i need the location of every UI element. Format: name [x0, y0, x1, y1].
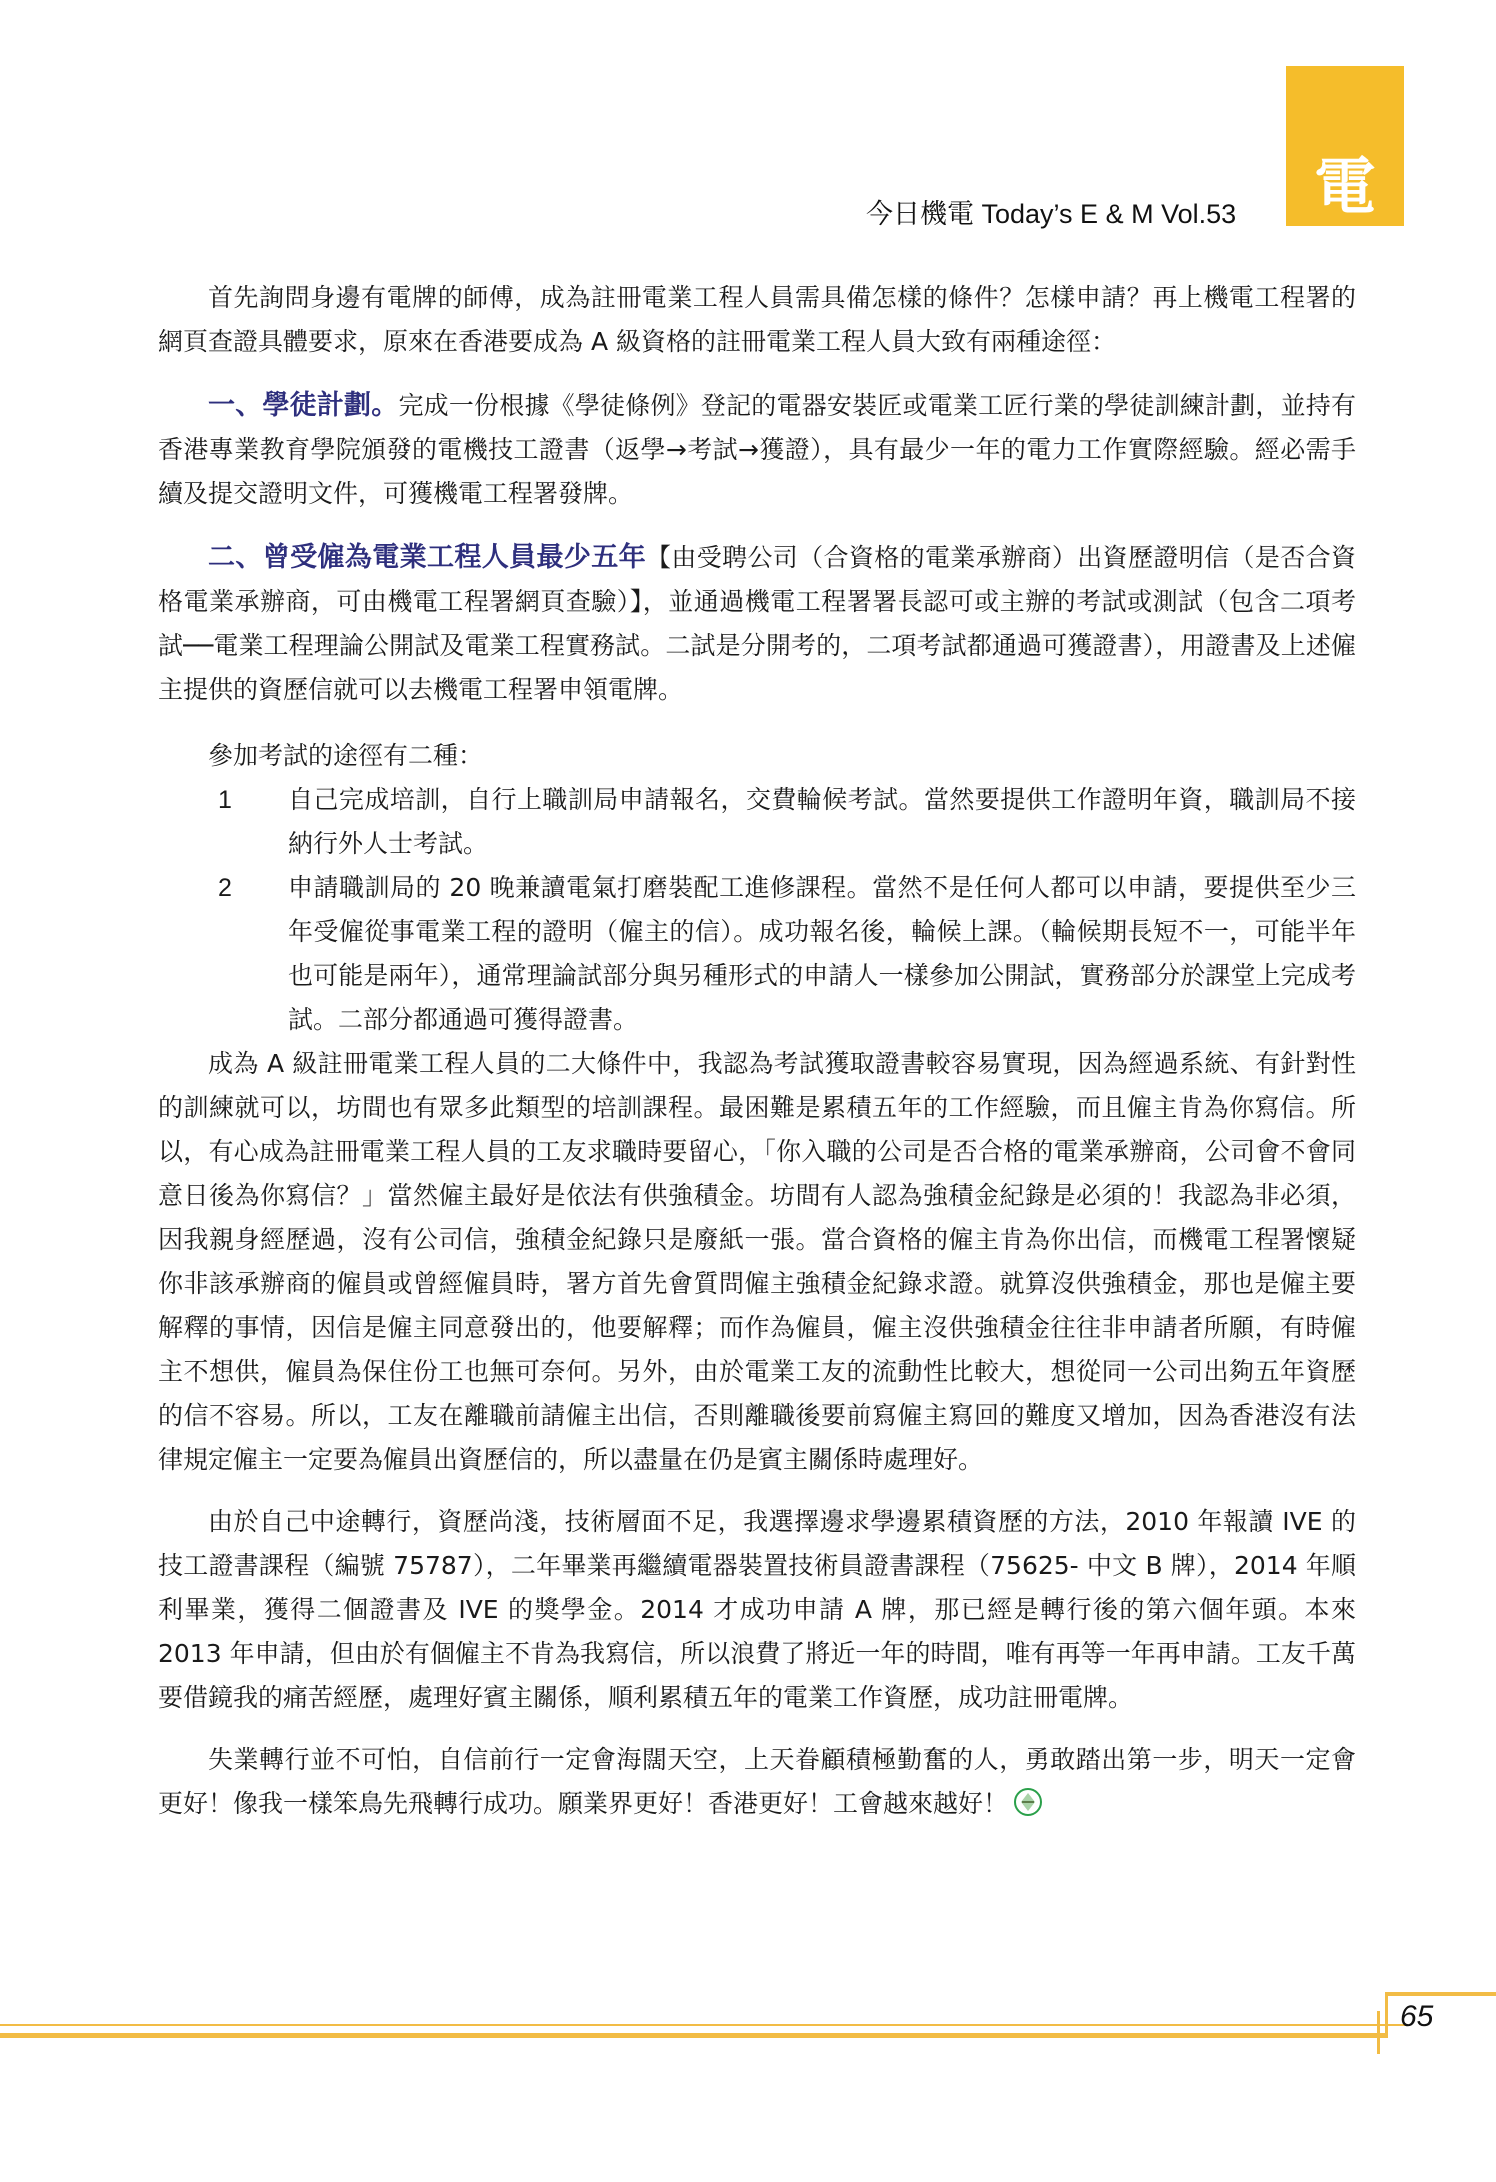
- footer-tick-right: [1385, 1992, 1388, 2038]
- footer-tick-left: [1377, 2011, 1380, 2054]
- footer-rule-top: [1385, 1992, 1496, 1996]
- closing-text: 失業轉行並不可怕，自信前行一定會海闊天空，上天眷顧積極勤奮的人，勇敢踏出第一步，…: [158, 1745, 1356, 1818]
- footer-rule-thick: [0, 2033, 1388, 2038]
- route-two-heading: 二、曾受僱為電業工程人員最少五年: [208, 542, 646, 573]
- conditions-paragraph: 成為 A 級註冊電業工程人員的二大條件中，我認為考試獲取證書較容易實現，因為經過…: [158, 1042, 1356, 1482]
- footer-rule-thin: [0, 2024, 1408, 2026]
- list-number: 2: [218, 866, 232, 910]
- list-number: 1: [218, 778, 232, 822]
- magazine-header-title: 今日機電 Today’s E & M Vol.53: [866, 192, 1236, 231]
- section-glyph: 電: [1286, 156, 1404, 218]
- list-item: 1 自己完成培訓，自行上職訓局申請報名，交費輪候考試。當然要提供工作證明年資，職…: [158, 778, 1356, 866]
- section-tab-block: 電: [1286, 66, 1404, 226]
- personal-experience-paragraph: 由於自己中途轉行，資歷尚淺，技術層面不足，我選擇邊求學邊累積資歷的方法，2010…: [158, 1500, 1356, 1720]
- intro-paragraph: 首先詢問身邊有電牌的師傅，成為註冊電業工程人員需具備怎樣的條件？怎樣申請？再上機…: [158, 276, 1356, 364]
- closing-paragraph: 失業轉行並不可怕，自信前行一定會海闊天空，上天眷顧積極勤奮的人，勇敢踏出第一步，…: [158, 1738, 1356, 1826]
- exam-routes-list: 1 自己完成培訓，自行上職訓局申請報名，交費輪候考試。當然要提供工作證明年資，職…: [158, 778, 1356, 1042]
- exam-routes-intro: 參加考試的途徑有二種：: [158, 734, 1356, 778]
- list-text: 申請職訓局的 20 晚兼讀電氣打磨裝配工進修課程。當然不是任何人都可以申請，要提…: [288, 873, 1356, 1034]
- list-item: 2 申請職訓局的 20 晚兼讀電氣打磨裝配工進修課程。當然不是任何人都可以申請，…: [158, 866, 1356, 1042]
- union-logo-icon: [1014, 1788, 1042, 1816]
- route-one-heading: 一、學徒計劃。: [208, 390, 398, 421]
- list-text: 自己完成培訓，自行上職訓局申請報名，交費輪候考試。當然要提供工作證明年資，職訓局…: [288, 785, 1356, 858]
- route-two-paragraph: 二、曾受僱為電業工程人員最少五年【由受聘公司（合資格的電業承辦商）出資歷證明信（…: [158, 536, 1356, 712]
- route-one-paragraph: 一、學徒計劃。完成一份根據《學徒條例》登記的電器安裝匠或電業工匠行業的學徒訓練計…: [158, 384, 1356, 516]
- page-number: 65: [1400, 2000, 1433, 2034]
- article-body: 首先詢問身邊有電牌的師傅，成為註冊電業工程人員需具備怎樣的條件？怎樣申請？再上機…: [158, 276, 1356, 1826]
